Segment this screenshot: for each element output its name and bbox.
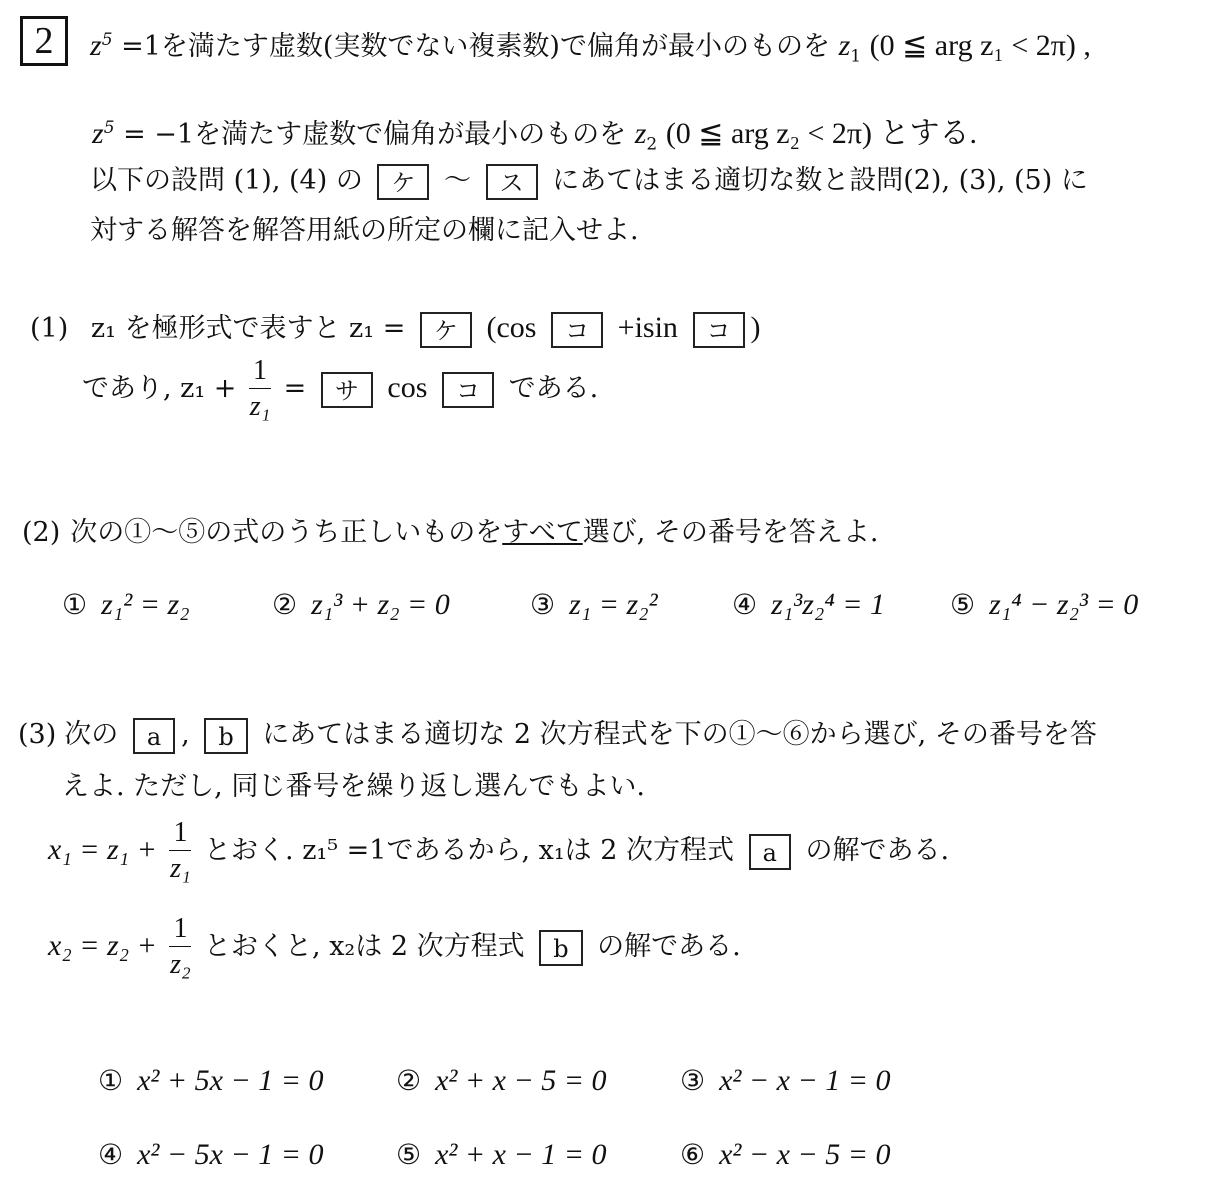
x2-definition: x₂ = z₂ + bbox=[48, 929, 157, 962]
x2-text: とおくと, x₂は 2 次方程式 bbox=[204, 931, 525, 962]
option-expr: x² + x − 1 = 0 bbox=[435, 1138, 606, 1171]
q1-text-2: であり, z₁ + bbox=[82, 373, 236, 404]
answer-box-sa: サ bbox=[321, 372, 373, 408]
fraction-1-over-z2: 1z₂ bbox=[169, 912, 191, 983]
answer-box-ke: ケ bbox=[377, 164, 429, 200]
isin-text: +isin bbox=[618, 311, 678, 344]
fraction-1-over-z1: 1z₁ bbox=[169, 816, 191, 887]
x1-end-text: の解である. bbox=[806, 835, 950, 866]
option-mark: ③ bbox=[530, 588, 555, 621]
cos-text: cos bbox=[387, 371, 427, 404]
option-expr: z₁⁴ − z₂³ = 0 bbox=[989, 588, 1138, 621]
q3-option-1: ①x² + 5x − 1 = 0 bbox=[98, 1064, 323, 1098]
answer-box-ko: コ bbox=[551, 312, 603, 348]
q2-option-3: ③z₁ = z₂² bbox=[530, 588, 658, 622]
q3-prompt-line-1: (3)次の a, b にあてはまる適切な 2 次方程式を下の①〜⑥から選び, そ… bbox=[18, 712, 1097, 754]
answer-box-a: a bbox=[749, 834, 791, 870]
option-expr: x² + x − 5 = 0 bbox=[435, 1064, 606, 1097]
var-z1: z bbox=[839, 29, 851, 62]
exponent: 5 bbox=[104, 118, 115, 138]
q2-option-4: ④z₁³z₂⁴ = 1 bbox=[732, 588, 885, 622]
close-paren: ) bbox=[751, 311, 761, 344]
option-expr: x² + 5x − 1 = 0 bbox=[137, 1064, 323, 1097]
equals: = bbox=[284, 373, 307, 404]
numerator: 1 bbox=[169, 816, 191, 851]
intro-line-4: 対する解答を解答用紙の所定の欄に記入せよ. bbox=[90, 208, 639, 247]
denominator: z₂ bbox=[169, 947, 191, 983]
option-mark: ④ bbox=[98, 1138, 123, 1171]
var-z2: z bbox=[635, 117, 647, 150]
option-expr: x² − x − 5 = 0 bbox=[719, 1138, 890, 1171]
intro-line-3: 以下の設問 (1), (4) の ケ 〜 ス にあてはまる適切な数と設問(2),… bbox=[90, 158, 1088, 200]
range-z1: (0 ≦ arg z₁ < 2π) , bbox=[870, 29, 1091, 62]
q2-prompt: (2)次の①〜⑤の式のうち正しいものをすべて選び, その番号を答えよ. bbox=[22, 510, 878, 549]
denominator: z₁ bbox=[249, 389, 271, 425]
intro-line-1: z5 =1を満たす虚数(実数でない複素数)で偏角が最小のものを z1 (0 ≦ … bbox=[90, 24, 1091, 66]
var-z: z bbox=[92, 117, 104, 150]
intro-text-1: =1を満たす虚数(実数でない複素数)で偏角が最小のものを bbox=[113, 31, 830, 62]
answer-box-su: ス bbox=[486, 164, 538, 200]
q2-option-1: ①z₁² = z₂ bbox=[62, 588, 190, 622]
q1-label: (1) bbox=[30, 313, 68, 344]
option-expr: z₁ = z₂² bbox=[569, 588, 657, 621]
q3-label: (3) bbox=[18, 719, 56, 750]
q2-option-5: ⑤z₁⁴ − z₂³ = 0 bbox=[950, 588, 1138, 622]
q2-underlined: すべて bbox=[502, 517, 582, 548]
problem-number: 2 bbox=[20, 16, 68, 66]
answer-box-ko: コ bbox=[442, 372, 494, 408]
q2-option-2: ②z₁³ + z₂ = 0 bbox=[272, 588, 450, 622]
q2-text-b: 選び, その番号を答えよ. bbox=[583, 517, 879, 548]
denominator: z₁ bbox=[169, 851, 191, 887]
var-z: z bbox=[90, 29, 102, 62]
subscript: 2 bbox=[646, 134, 657, 154]
q3-text-a: 次の bbox=[64, 719, 118, 750]
q3-option-2: ②x² + x − 5 = 0 bbox=[396, 1064, 606, 1098]
q1-text: z₁ を極形式で表すと z₁ = bbox=[91, 313, 405, 344]
answer-box-b: b bbox=[204, 718, 247, 754]
option-expr: z₁³z₂⁴ = 1 bbox=[771, 588, 885, 621]
option-expr: x² − x − 1 = 0 bbox=[719, 1064, 890, 1097]
intro-text-3b: にあてはまる適切な数と設問(2), (3), (5) に bbox=[552, 165, 1088, 196]
answer-box-ke: ケ bbox=[420, 312, 472, 348]
q3-option-6: ⑥x² − x − 5 = 0 bbox=[680, 1138, 890, 1172]
subscript: 1 bbox=[850, 46, 861, 66]
answer-box-a: a bbox=[133, 718, 175, 754]
numerator: 1 bbox=[249, 354, 271, 389]
option-mark: ② bbox=[272, 588, 297, 621]
comma: , bbox=[181, 719, 190, 750]
q1-end-text: である. bbox=[509, 373, 599, 404]
q2-text-a: 次の①〜⑤の式のうち正しいものを bbox=[70, 517, 502, 548]
exponent: 5 bbox=[102, 30, 113, 50]
cos-text: (cos bbox=[487, 311, 537, 344]
q1-line-1: (1) z₁ を極形式で表すと z₁ = ケ (cos コ +isin コ) bbox=[30, 306, 761, 348]
option-mark: ③ bbox=[680, 1064, 705, 1097]
q3-option-4: ④x² − 5x − 1 = 0 bbox=[98, 1138, 323, 1172]
q3-text-b: にあてはまる適切な 2 次方程式を下の①〜⑥から選び, その番号を答 bbox=[262, 719, 1097, 750]
option-expr: z₁² = z₂ bbox=[101, 588, 189, 621]
option-mark: ② bbox=[396, 1064, 421, 1097]
option-mark: ⑤ bbox=[950, 588, 975, 621]
option-expr: z₁³ + z₂ = 0 bbox=[311, 588, 450, 621]
answer-box-b: b bbox=[539, 930, 582, 966]
option-mark: ④ bbox=[732, 588, 757, 621]
option-mark: ⑤ bbox=[396, 1138, 421, 1171]
tilde: 〜 bbox=[444, 165, 471, 196]
option-expr: x² − 5x − 1 = 0 bbox=[137, 1138, 323, 1171]
x1-text: とおく. z₁⁵ =1であるから, x₁は 2 次方程式 bbox=[204, 835, 734, 866]
q3-prompt-line-2: えよ. ただし, 同じ番号を繰り返し選んでもよい. bbox=[62, 764, 645, 803]
q3-x2-line: x₂ = z₂ + 1z₂ とおくと, x₂は 2 次方程式 b の解である. bbox=[48, 912, 741, 983]
q3-option-5: ⑤x² + x − 1 = 0 bbox=[396, 1138, 606, 1172]
option-mark: ① bbox=[62, 588, 87, 621]
q1-line-2: であり, z₁ + 1z₁ = サ cos コ である. bbox=[82, 354, 598, 425]
option-mark: ① bbox=[98, 1064, 123, 1097]
numerator: 1 bbox=[169, 912, 191, 947]
range-z2: (0 ≦ arg z₂ < 2π) とする. bbox=[666, 117, 977, 150]
q3-x1-line: x₁ = z₁ + 1z₁ とおく. z₁⁵ =1であるから, x₁は 2 次方… bbox=[48, 816, 949, 887]
intro-line-2: z5 = −1を満たす虚数で偏角が最小のものを z2 (0 ≦ arg z₂ <… bbox=[92, 108, 977, 154]
x2-end-text: の解である. bbox=[597, 931, 741, 962]
fraction-1-over-z1: 1z₁ bbox=[249, 354, 271, 425]
answer-box-ko: コ bbox=[693, 312, 745, 348]
q3-option-3: ③x² − x − 1 = 0 bbox=[680, 1064, 890, 1098]
intro-text-2: = −1を満たす虚数で偏角が最小のものを bbox=[115, 119, 627, 150]
option-mark: ⑥ bbox=[680, 1138, 705, 1171]
intro-text-3a: 以下の設問 (1), (4) の bbox=[90, 165, 363, 196]
x1-definition: x₁ = z₁ + bbox=[48, 833, 157, 866]
q2-label: (2) bbox=[22, 517, 60, 548]
